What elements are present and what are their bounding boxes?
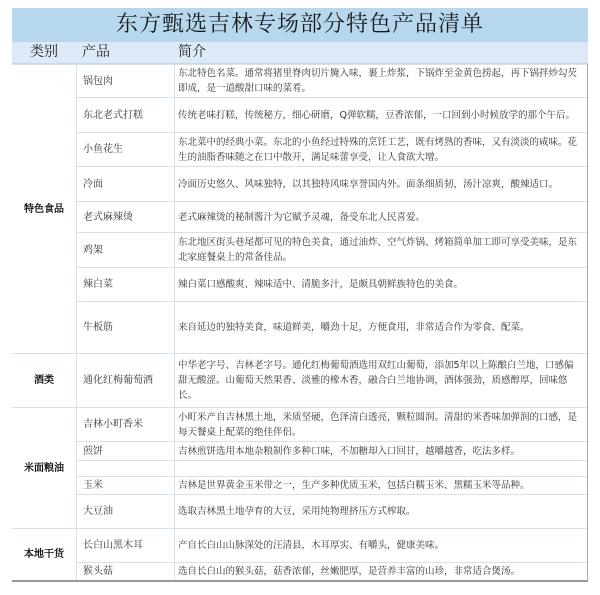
product-table: 特色食品 锅包肉 东北特色名菜。通常将猪里脊肉切片腌入味，裹上炸浆，下锅炸至金黄… (12, 64, 588, 582)
product-cell: 辣白菜 (77, 268, 175, 302)
table-row: 老式麻辣烫 老式麻辣烫的秘制酱汁为它赋予灵魂，备受东北人民喜爱。 (12, 202, 588, 233)
table-row: 酒类 通化红梅葡萄酒 中华老字号、吉林老字号。通化红梅葡萄酒选用双红山葡萄，添加… (12, 354, 588, 408)
product-cell: 通化红梅葡萄酒 (77, 354, 175, 408)
product-cell: 锅包肉 (77, 65, 175, 98)
product-cell: 小鱼花生 (77, 133, 175, 167)
category-cell: 本地干货 (12, 529, 77, 582)
description-cell: 老式麻辣烫的秘制酱汁为它赋予灵魂，备受东北人民喜爱。 (175, 202, 588, 233)
description-cell: 东北地区街头巷尾都可见的特色美食，通过油炸、空气炸锅、烤箱简单加工即可享受美味，… (175, 233, 588, 268)
description-cell: 东北特色名菜。通常将猪里脊肉切片腌入味，裹上炸浆，下锅炸至金黄色捞起，再下锅拌炒… (175, 65, 588, 98)
table-row: 冷面 冷面历史悠久、风味独特，以其独特风味享誉国内外。面条细质韧，汤汁凉爽，酸辣… (12, 167, 588, 202)
description-cell: 辣白菜口感酸爽、辣味适中、清脆多汁，是颇具朝鲜族特色的美食。 (175, 268, 588, 302)
table-row: 鸡架 东北地区街头巷尾都可见的特色美食，通过油炸、空气炸锅、烤箱简单加工即可享受… (12, 233, 588, 268)
column-header-description: 简介 (174, 42, 588, 63)
table-row: 小鱼花生 东北菜中的经典小菜。东北的小鱼经过特殊的烹饪工艺，既有烤熟的香味，又有… (12, 133, 588, 167)
description-cell: 传统老味打糕，传统秘方，细心研磨，Q弹软糯，豆香浓郁，一口回到小时候放学的那个午… (175, 98, 588, 133)
product-cell: 鸡架 (77, 233, 175, 268)
description-cell: 选取吉林黑土地孕育的大豆，采用纯物理挤压方式榨取。 (175, 495, 588, 529)
description-cell: 吉林煎饼选用本地杂粮制作多种口味，不加糖却入口回甘，越嚼越香，吃法多样。 (175, 442, 588, 461)
product-cell: 牛板筋 (77, 302, 175, 354)
table-row: 特色食品 锅包肉 东北特色名菜。通常将猪里脊肉切片腌入味，裹上炸浆，下锅炸至金黄… (12, 65, 588, 98)
description-cell: 中华老字号、吉林老字号。通化红梅葡萄酒选用双红山葡萄，添加5年以上陈酿白兰地，口… (175, 354, 588, 408)
table-row (12, 461, 588, 477)
product-cell: 玉米 (77, 477, 175, 495)
table-row: 猴头菇 选自长白山的猴头菇，菇香浓郁，丝嫩肥厚，是营养丰富的山珍，非常适合煲汤。 (12, 563, 588, 582)
description-cell: 东北菜中的经典小菜。东北的小鱼经过特殊的烹饪工艺，既有烤熟的香味，又有淡淡的咸味… (175, 133, 588, 167)
description-cell: 吉林是世界黄金玉米带之一，生产多种优质玉米，包括白糯玉米、黑糯玉米等品种。 (175, 477, 588, 495)
product-cell: 煎饼 (77, 442, 175, 461)
product-cell: 大豆油 (77, 495, 175, 529)
column-header-category: 类别 (12, 42, 76, 63)
description-cell (175, 461, 588, 477)
table-row: 牛板筋 来自延边的独特美食，味道鲜美，嚼劲十足，方便食用，非常适合作为零食、配菜… (12, 302, 588, 354)
table-row: 东北老式打糕 传统老味打糕，传统秘方，细心研磨，Q弹软糯，豆香浓郁，一口回到小时… (12, 98, 588, 133)
sheet-title: 东方甄选吉林专场部分特色产品清单 (12, 8, 588, 42)
product-cell: 东北老式打糕 (77, 98, 175, 133)
category-cell: 酒类 (12, 354, 77, 408)
product-list-sheet: 东方甄选吉林专场部分特色产品清单 类别 产品 简介 特色食品 锅包肉 东北特色名… (12, 8, 588, 582)
category-cell: 米面粮油 (12, 408, 77, 529)
description-cell: 选自长白山的猴头菇，菇香浓郁，丝嫩肥厚，是营养丰富的山珍，非常适合煲汤。 (175, 563, 588, 582)
table-row: 煎饼 吉林煎饼选用本地杂粮制作多种口味，不加糖却入口回甘，越嚼越香，吃法多样。 (12, 442, 588, 461)
product-cell: 长白山黑木耳 (77, 529, 175, 563)
column-header-row: 类别 产品 简介 (12, 42, 588, 64)
product-cell: 老式麻辣烫 (77, 202, 175, 233)
product-cell: 猴头菇 (77, 563, 175, 582)
product-cell: 冷面 (77, 167, 175, 202)
description-cell: 冷面历史悠久、风味独特，以其独特风味享誉国内外。面条细质韧，汤汁凉爽，酸辣适口。 (175, 167, 588, 202)
table-row: 本地干货 长白山黑木耳 产自长白山山脉深处的汪清县，木耳厚实、有嚼头，健康美味。 (12, 529, 588, 563)
product-cell: 吉林小町香米 (77, 408, 175, 442)
description-cell: 产自长白山山脉深处的汪清县，木耳厚实、有嚼头，健康美味。 (175, 529, 588, 563)
product-cell (77, 461, 175, 477)
description-cell: 小町米产自吉林黑土地，米质坚硬，色泽清白透亮，颗粒圆润。清甜的米香味加弹润的口感… (175, 408, 588, 442)
table-row: 辣白菜 辣白菜口感酸爽、辣味适中、清脆多汁，是颇具朝鲜族特色的美食。 (12, 268, 588, 302)
description-cell: 来自延边的独特美食，味道鲜美，嚼劲十足，方便食用，非常适合作为零食、配菜。 (175, 302, 588, 354)
table-row: 玉米 吉林是世界黄金玉米带之一，生产多种优质玉米，包括白糯玉米、黑糯玉米等品种。 (12, 477, 588, 495)
table-row: 米面粮油 吉林小町香米 小町米产自吉林黑土地，米质坚硬，色泽清白透亮，颗粒圆润。… (12, 408, 588, 442)
column-header-product: 产品 (76, 42, 174, 63)
table-row: 大豆油 选取吉林黑土地孕育的大豆，采用纯物理挤压方式榨取。 (12, 495, 588, 529)
category-cell: 特色食品 (12, 65, 77, 354)
